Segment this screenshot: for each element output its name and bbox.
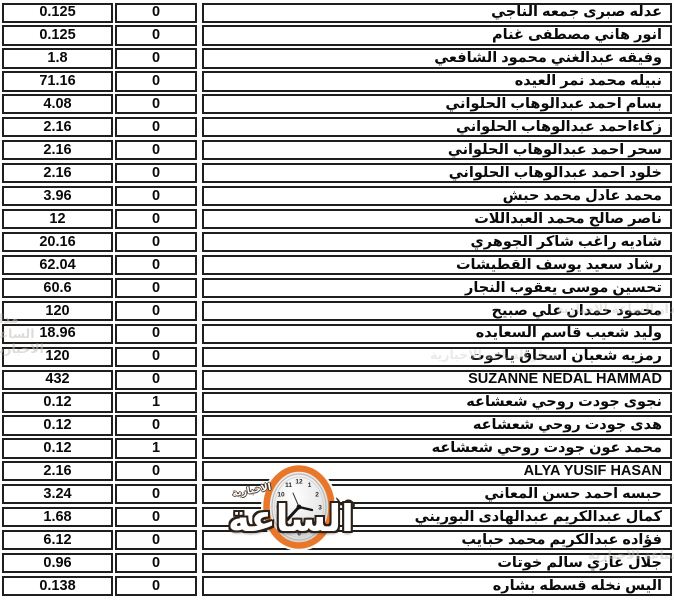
amount-cell[interactable]: 2.16 [2, 117, 113, 137]
table-row: 1.68 0 كمال عبدالكريم عبدالهادى البوريني [2, 507, 672, 527]
name-cell[interactable]: وليد شعيب قاسم السعايده [202, 324, 672, 344]
amount-cell[interactable]: 432 [2, 370, 113, 390]
amount-cell[interactable]: 18.96 [2, 324, 113, 344]
table-row: 1.8 0 وفيقه عبدالغني محمود الشافعي [2, 48, 672, 68]
amount-cell[interactable]: 2.16 [2, 461, 113, 481]
flag-cell[interactable]: 1 [115, 438, 197, 458]
table-row: 0.12 1 محمد عون جودت روحي شعشاعه [2, 438, 672, 458]
amount-cell[interactable]: 0.12 [2, 415, 113, 435]
name-cell[interactable]: SUZANNE NEDAL HAMMAD [202, 370, 672, 390]
amount-cell[interactable]: 0.125 [2, 25, 113, 45]
name-cell[interactable]: ناصر صالح محمد العبداللات [202, 209, 672, 229]
name-cell[interactable]: نبيله محمد نمر العيده [202, 71, 672, 91]
table-row: 2.16 0 خلود احمد عبدالوهاب الحلواني [2, 163, 672, 183]
flag-cell[interactable]: 0 [115, 507, 197, 527]
flag-cell[interactable]: 0 [115, 117, 197, 137]
amount-cell[interactable]: 0.96 [2, 553, 113, 573]
name-cell[interactable]: وفيقه عبدالغني محمود الشافعي [202, 48, 672, 68]
name-cell[interactable]: شاديه راغب شاكر الجوهري [202, 232, 672, 252]
amount-cell[interactable]: 120 [2, 347, 113, 367]
name-cell[interactable]: سحر احمد عبدالوهاب الحلواني [202, 140, 672, 160]
flag-cell[interactable]: 0 [115, 163, 197, 183]
amount-cell[interactable]: 0.125 [2, 3, 113, 23]
name-cell[interactable]: انور هاني مصطفى غنام [202, 25, 672, 45]
table-row: 2.16 0 ALYA YUSIF HASAN [2, 461, 672, 481]
table-row: 62.04 0 رشاد سعيد يوسف القطيشات [2, 255, 672, 275]
flag-cell[interactable]: 1 [115, 392, 197, 412]
table-row: 120 0 رمزيه شعبان اسحاق ياخوت [2, 347, 672, 367]
flag-cell[interactable]: 0 [115, 3, 197, 23]
amount-cell[interactable]: 2.16 [2, 163, 113, 183]
table-row: 6.12 0 فؤاده عبدالكريم محمد حبايب [2, 530, 672, 550]
table-row: 20.16 0 شاديه راغب شاكر الجوهري [2, 232, 672, 252]
amount-cell[interactable]: 4.08 [2, 94, 113, 114]
amount-cell[interactable]: 1.68 [2, 507, 113, 527]
flag-cell[interactable]: 0 [115, 576, 197, 596]
name-cell[interactable]: هدى جودت روحي شعشاعه [202, 415, 672, 435]
name-cell[interactable]: جلال غازي سالم خوتات [202, 553, 672, 573]
table-row: 0.96 0 جلال غازي سالم خوتات [2, 553, 672, 573]
amount-cell[interactable]: 0.12 [2, 392, 113, 412]
name-cell[interactable]: عدله صبرى جمعه الناجي [202, 3, 672, 23]
amount-cell[interactable]: 3.96 [2, 186, 113, 206]
flag-cell[interactable]: 0 [115, 324, 197, 344]
name-cell[interactable]: فؤاده عبدالكريم محمد حبايب [202, 530, 672, 550]
name-cell[interactable]: بسام احمد عبدالوهاب الحلواني [202, 94, 672, 114]
flag-cell[interactable]: 0 [115, 461, 197, 481]
table-row: 3.96 0 محمد عادل محمد حبش [2, 186, 672, 206]
name-cell[interactable]: اليس نخله قسطه بشاره [202, 576, 672, 596]
amount-cell[interactable]: 20.16 [2, 232, 113, 252]
name-cell[interactable]: زكاءاحمد عبدالوهاب الحلواني [202, 117, 672, 137]
flag-cell[interactable]: 0 [115, 140, 197, 160]
amount-cell[interactable]: 2.16 [2, 140, 113, 160]
table-row: 2.16 0 زكاءاحمد عبدالوهاب الحلواني [2, 117, 672, 137]
table-row: 432 0 SUZANNE NEDAL HAMMAD [2, 370, 672, 390]
name-cell[interactable]: محمد عون جودت روحي شعشاعه [202, 438, 672, 458]
amount-cell[interactable]: 0.138 [2, 576, 113, 596]
table-row: 0.125 0 عدله صبرى جمعه الناجي [2, 3, 672, 23]
name-cell[interactable]: رشاد سعيد يوسف القطيشات [202, 255, 672, 275]
data-table: 0.125 0 عدله صبرى جمعه الناجي 0.125 0 ان… [2, 3, 672, 599]
flag-cell[interactable]: 0 [115, 530, 197, 550]
amount-cell[interactable]: 71.16 [2, 71, 113, 91]
table-row: 18.96 0 وليد شعيب قاسم السعايده [2, 324, 672, 344]
flag-cell[interactable]: 0 [115, 484, 197, 504]
flag-cell[interactable]: 0 [115, 415, 197, 435]
flag-cell[interactable]: 0 [115, 209, 197, 229]
flag-cell[interactable]: 0 [115, 553, 197, 573]
table-row: 3.24 0 حبسه احمد حسن المعاني [2, 484, 672, 504]
name-cell[interactable]: كمال عبدالكريم عبدالهادى البوريني [202, 507, 672, 527]
flag-cell[interactable]: 0 [115, 301, 197, 321]
flag-cell[interactable]: 0 [115, 48, 197, 68]
flag-cell[interactable]: 0 [115, 94, 197, 114]
amount-cell[interactable]: 60.6 [2, 278, 113, 298]
table-row: 0.12 0 هدى جودت روحي شعشاعه [2, 415, 672, 435]
amount-cell[interactable]: 120 [2, 301, 113, 321]
name-cell[interactable]: خلود احمد عبدالوهاب الحلواني [202, 163, 672, 183]
table-row: 12 0 ناصر صالح محمد العبداللات [2, 209, 672, 229]
flag-cell[interactable]: 0 [115, 25, 197, 45]
amount-cell[interactable]: 1.8 [2, 48, 113, 68]
table-row: 2.16 0 سحر احمد عبدالوهاب الحلواني [2, 140, 672, 160]
table-row: 120 0 محمود حمدان علي صبيح [2, 301, 672, 321]
flag-cell[interactable]: 0 [115, 370, 197, 390]
name-cell[interactable]: رمزيه شعبان اسحاق ياخوت [202, 347, 672, 367]
flag-cell[interactable]: 0 [115, 278, 197, 298]
amount-cell[interactable]: 6.12 [2, 530, 113, 550]
amount-cell[interactable]: 0.12 [2, 438, 113, 458]
table-row: 71.16 0 نبيله محمد نمر العيده [2, 71, 672, 91]
amount-cell[interactable]: 12 [2, 209, 113, 229]
flag-cell[interactable]: 0 [115, 232, 197, 252]
names-amounts-table-screenshot: 0.125 0 عدله صبرى جمعه الناجي 0.125 0 ان… [0, 0, 674, 600]
table-row: 0.12 1 نجوى جودت روحي شعشاعه [2, 392, 672, 412]
table-row: 60.6 0 تحسين موسى يعقوب النجار [2, 278, 672, 298]
table-row: 0.138 0 اليس نخله قسطه بشاره [2, 576, 672, 596]
name-cell[interactable]: تحسين موسى يعقوب النجار [202, 278, 672, 298]
name-cell[interactable]: حبسه احمد حسن المعاني [202, 484, 672, 504]
amount-cell[interactable]: 62.04 [2, 255, 113, 275]
table-row: 4.08 0 بسام احمد عبدالوهاب الحلواني [2, 94, 672, 114]
name-cell[interactable]: نجوى جودت روحي شعشاعه [202, 392, 672, 412]
table-row: 0.125 0 انور هاني مصطفى غنام [2, 25, 672, 45]
flag-cell[interactable]: 0 [115, 71, 197, 91]
flag-cell[interactable]: 0 [115, 186, 197, 206]
flag-cell[interactable]: 0 [115, 255, 197, 275]
flag-cell[interactable]: 0 [115, 347, 197, 367]
name-cell[interactable]: ALYA YUSIF HASAN [202, 461, 672, 481]
name-cell[interactable]: محمد عادل محمد حبش [202, 186, 672, 206]
amount-cell[interactable]: 3.24 [2, 484, 113, 504]
name-cell[interactable]: محمود حمدان علي صبيح [202, 301, 672, 321]
